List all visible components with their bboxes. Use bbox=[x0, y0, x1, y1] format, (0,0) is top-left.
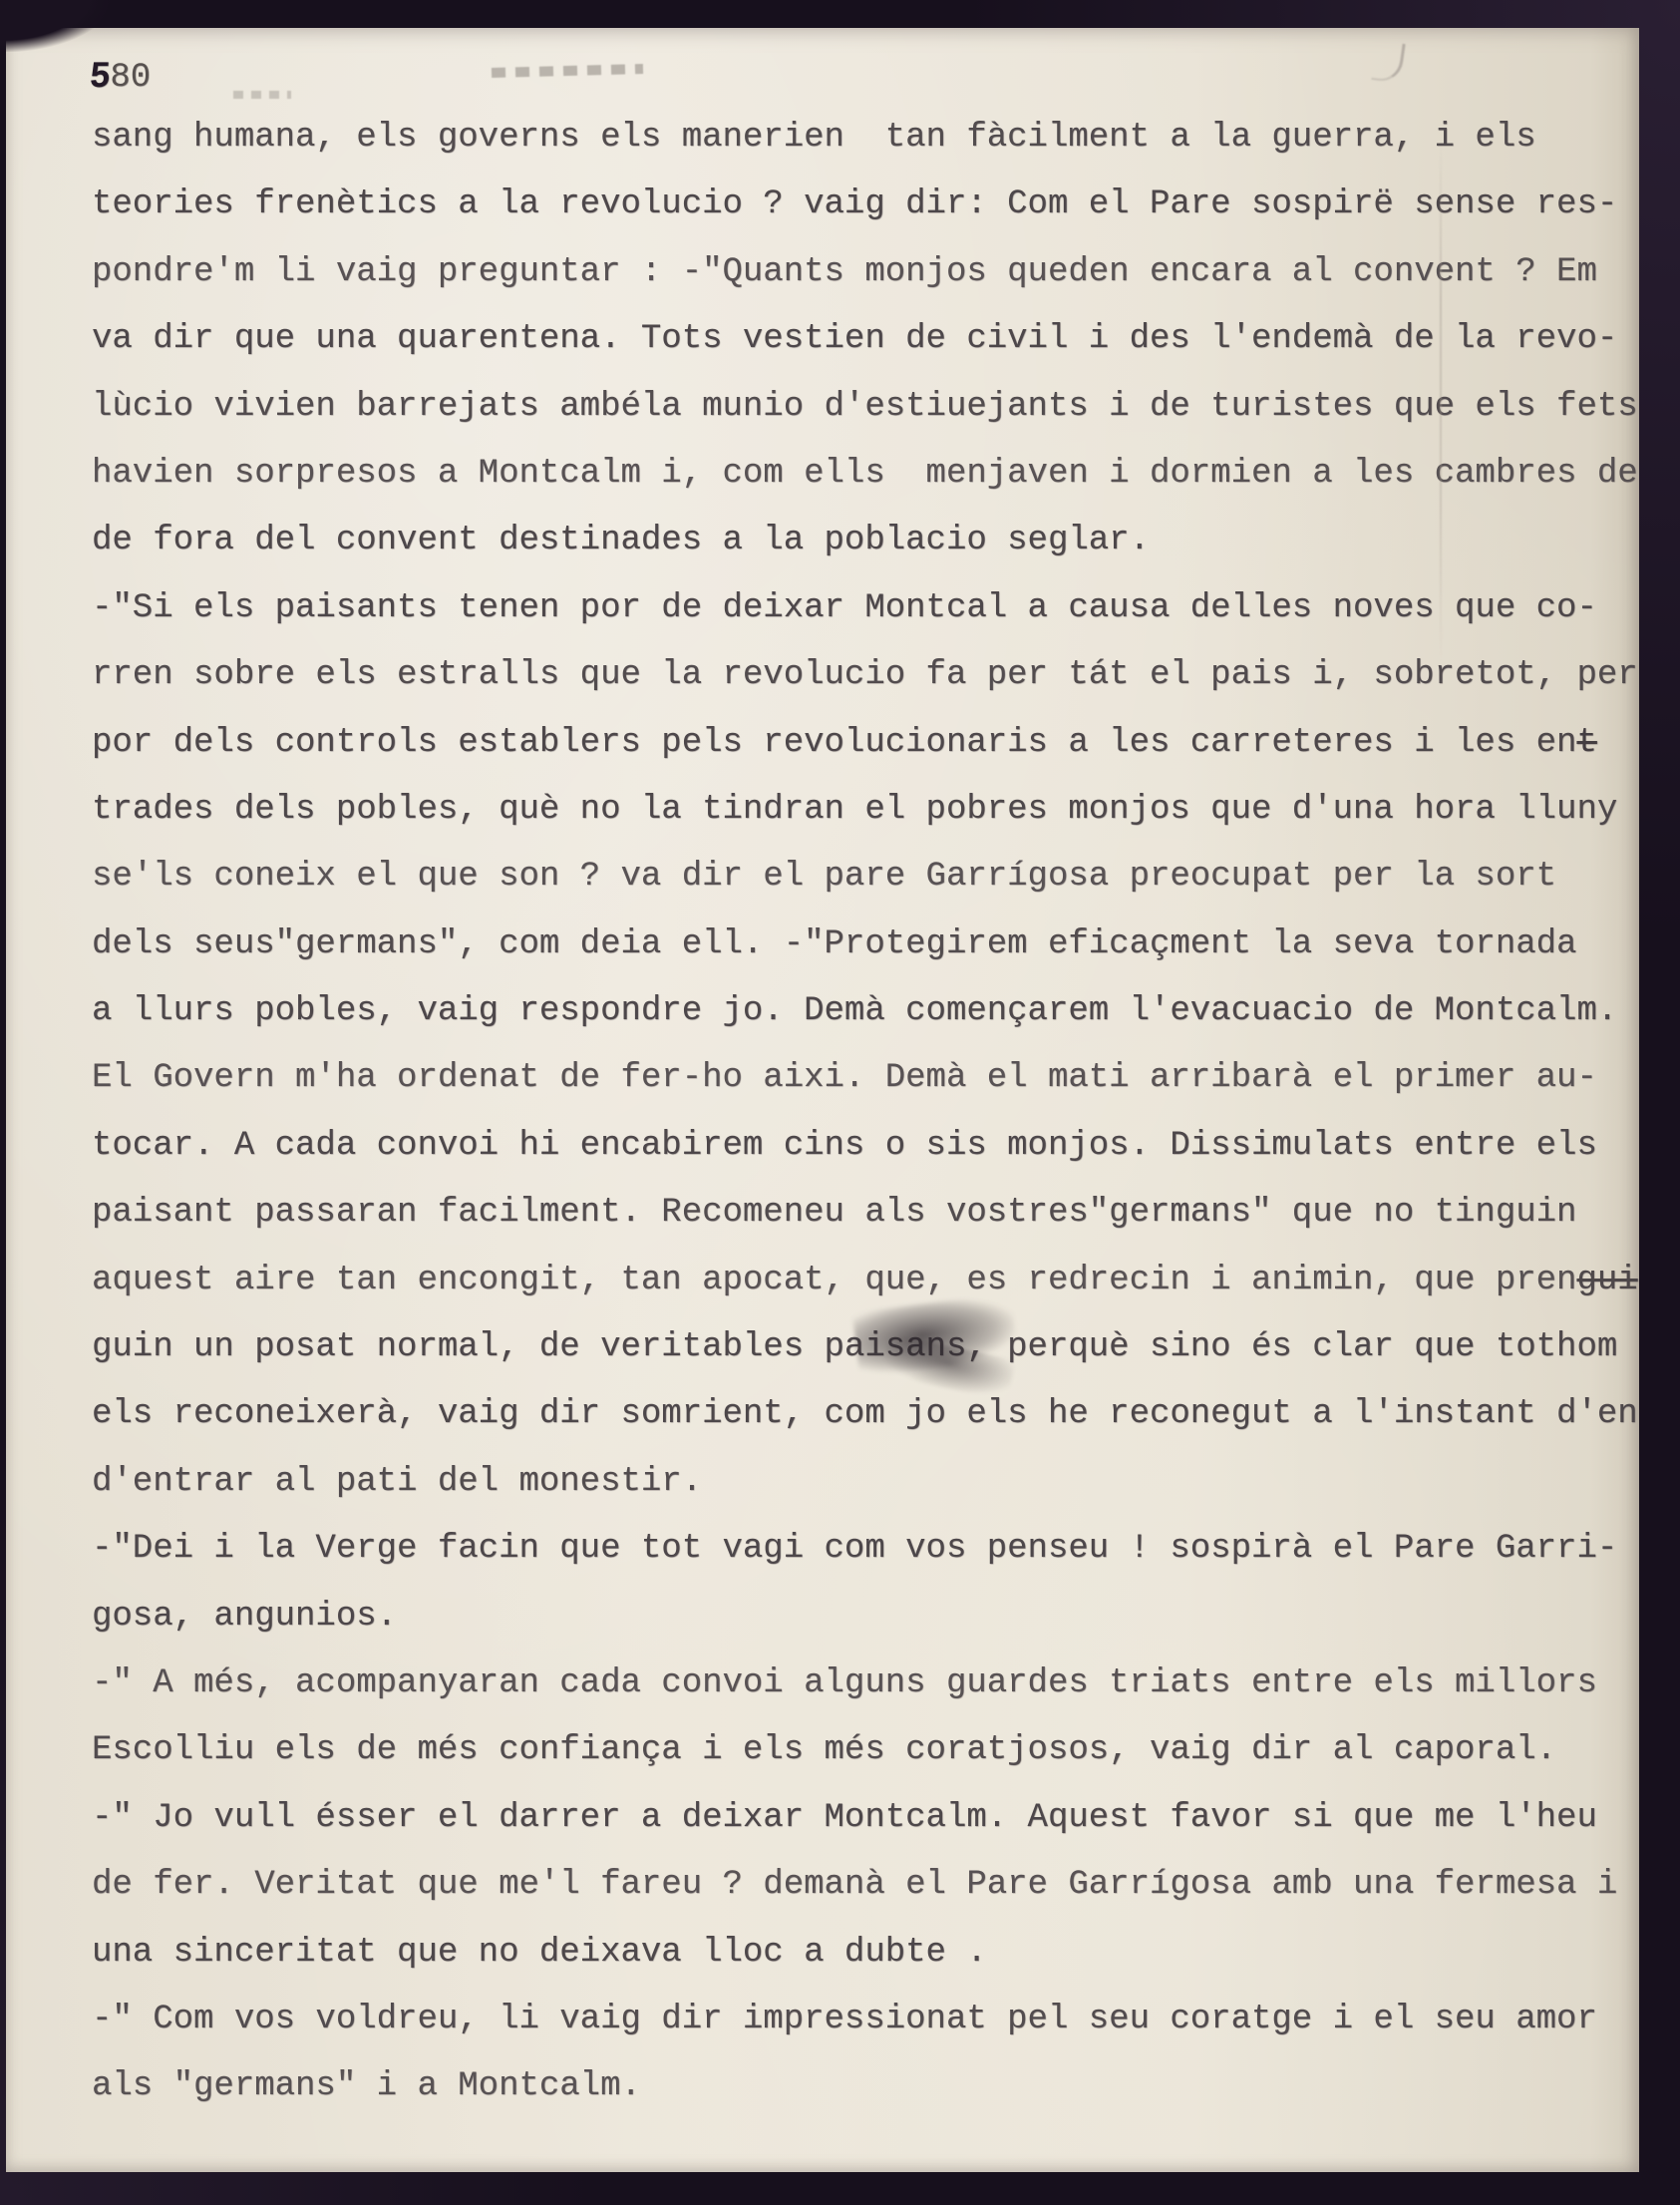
text-line: pondre'm li vaig preguntar : -"Quants mo… bbox=[92, 239, 1647, 306]
photo-background: 580 sang humana, els governs els manerie… bbox=[0, 0, 1680, 2205]
text-line-content: -" A més, acompanyaran cada convoi algun… bbox=[92, 1664, 1597, 1702]
text-line: por dels controls establers pels revoluc… bbox=[92, 710, 1647, 777]
text-line-content: sang humana, els governs els manerien ta… bbox=[92, 119, 1536, 157]
text-line: havien sorpresos a Montcalm i, com ells … bbox=[92, 441, 1647, 508]
text-line: una sinceritat que no deixava lloc a dub… bbox=[92, 1920, 1647, 1987]
page-number-typed: 80 bbox=[110, 59, 151, 97]
text-line-content: paisant passaran facilment. Recomeneu al… bbox=[92, 1194, 1576, 1232]
text-line-content: -"Dei i la Verge facin que tot vagi com … bbox=[92, 1530, 1617, 1568]
text-line-content: de fer. Veritat que me'l fareu ? demanà … bbox=[92, 1866, 1617, 1904]
text-line-content: va dir que una quarentena. Tots vestien … bbox=[92, 320, 1617, 358]
page-number: 580 bbox=[90, 58, 151, 98]
text-line: El Govern m'ha ordenat de fer-ho aixi. D… bbox=[92, 1045, 1647, 1112]
typed-text: sang humana, els governs els manerien ta… bbox=[92, 105, 1647, 2121]
text-line: trades dels pobles, què no la tindran el… bbox=[92, 777, 1647, 844]
text-line-content: trades dels pobles, què no la tindran el… bbox=[92, 791, 1617, 829]
text-line-content: por dels controls establers pels revoluc… bbox=[92, 724, 1576, 762]
frame-corner bbox=[0, 0, 110, 52]
text-line-content: havien sorpresos a Montcalm i, com ells … bbox=[92, 455, 1638, 493]
text-line: -"Si els paisants tenen por de deixar Mo… bbox=[92, 575, 1647, 642]
text-line: sang humana, els governs els manerien ta… bbox=[92, 105, 1647, 172]
text-line-content: de fora del convent destinades a la pobl… bbox=[92, 522, 1150, 559]
text-line-content: gosa, angunios. bbox=[92, 1598, 397, 1636]
text-line-content: tocar. A cada convoi hi encabirem cins o… bbox=[92, 1127, 1597, 1165]
text-line-content: El Govern m'ha ordenat de fer-ho aixi. D… bbox=[92, 1059, 1597, 1097]
text-line: a llurs pobles, vaig respondre jo. Demà … bbox=[92, 978, 1647, 1045]
paper-crease bbox=[1440, 143, 1442, 661]
text-line: -" Jo vull ésser el darrer a deixar Mont… bbox=[92, 1785, 1647, 1852]
text-line-content: -" Com vos voldreu, li vaig dir impressi… bbox=[92, 2001, 1597, 2038]
text-line-content: els reconeixerà, vaig dir somrient, com … bbox=[92, 1395, 1638, 1433]
text-line-content: Escolliu els de més confiança i els més … bbox=[92, 1731, 1556, 1769]
text-line-content: rren sobre els estralls que la revolucio… bbox=[92, 656, 1638, 694]
text-line-content: a llurs pobles, vaig respondre jo. Demà … bbox=[92, 992, 1617, 1030]
text-line: -" Com vos voldreu, li vaig dir impressi… bbox=[92, 1987, 1647, 2053]
text-line: tocar. A cada convoi hi encabirem cins o… bbox=[92, 1113, 1647, 1180]
text-line: de fora del convent destinades a la pobl… bbox=[92, 508, 1647, 574]
text-line-content: dels seus"germans", com deia ell. -"Prot… bbox=[92, 925, 1576, 963]
struck-text: gui bbox=[1576, 1262, 1637, 1299]
text-line: rren sobre els estralls que la revolucio… bbox=[92, 642, 1647, 709]
text-line-content: -" Jo vull ésser el darrer a deixar Mont… bbox=[92, 1799, 1597, 1837]
text-line: paisant passaran facilment. Recomeneu al… bbox=[92, 1180, 1647, 1247]
text-line: els reconeixerà, vaig dir somrient, com … bbox=[92, 1381, 1647, 1448]
text-line: gosa, angunios. bbox=[92, 1584, 1647, 1651]
text-line: -"Dei i la Verge facin que tot vagi com … bbox=[92, 1516, 1647, 1583]
text-line: d'entrar al pati del monestir. bbox=[92, 1449, 1647, 1516]
typescript-page: 580 sang humana, els governs els manerie… bbox=[6, 28, 1639, 2172]
text-line: aquest aire tan encongit, tan apocat, qu… bbox=[92, 1248, 1647, 1314]
text-line-content: se'ls coneix el que son ? va dir el pare… bbox=[92, 858, 1556, 896]
text-line: als "germans" i a Montcalm. bbox=[92, 2053, 1647, 2120]
text-line: dels seus"germans", com deia ell. -"Prot… bbox=[92, 912, 1647, 978]
text-line: de fer. Veritat que me'l fareu ? demanà … bbox=[92, 1852, 1647, 1919]
handwritten-correction-digit: 5 bbox=[88, 56, 112, 100]
text-line-content: una sinceritat que no deixava lloc a dub… bbox=[92, 1934, 987, 1972]
text-line-content: pondre'm li vaig preguntar : -"Quants mo… bbox=[92, 253, 1597, 291]
text-line-content: als "germans" i a Montcalm. bbox=[92, 2067, 641, 2105]
pencil-mark bbox=[492, 64, 643, 78]
text-line: Escolliu els de més confiança i els més … bbox=[92, 1717, 1647, 1784]
text-line-content: teories frenètics a la revolucio ? vaig … bbox=[92, 185, 1617, 223]
text-line: lùcio vivien barrejats ambéla munio d'es… bbox=[92, 374, 1647, 441]
text-line: se'ls coneix el que son ? va dir el pare… bbox=[92, 844, 1647, 911]
struck-text: t bbox=[1576, 724, 1596, 762]
paper-curl-mark bbox=[1371, 40, 1405, 84]
text-line: teories frenètics a la revolucio ? vaig … bbox=[92, 172, 1647, 238]
text-line-content: d'entrar al pati del monestir. bbox=[92, 1463, 702, 1501]
text-line-content: aquest aire tan encongit, tan apocat, qu… bbox=[92, 1262, 1576, 1299]
text-line: -" A més, acompanyaran cada convoi algun… bbox=[92, 1651, 1647, 1717]
text-line-content: lùcio vivien barrejats ambéla munio d'es… bbox=[92, 388, 1638, 426]
text-line: va dir que una quarentena. Tots vestien … bbox=[92, 306, 1647, 373]
pencil-mark bbox=[233, 91, 291, 99]
text-line-content: -"Si els paisants tenen por de deixar Mo… bbox=[92, 589, 1597, 627]
